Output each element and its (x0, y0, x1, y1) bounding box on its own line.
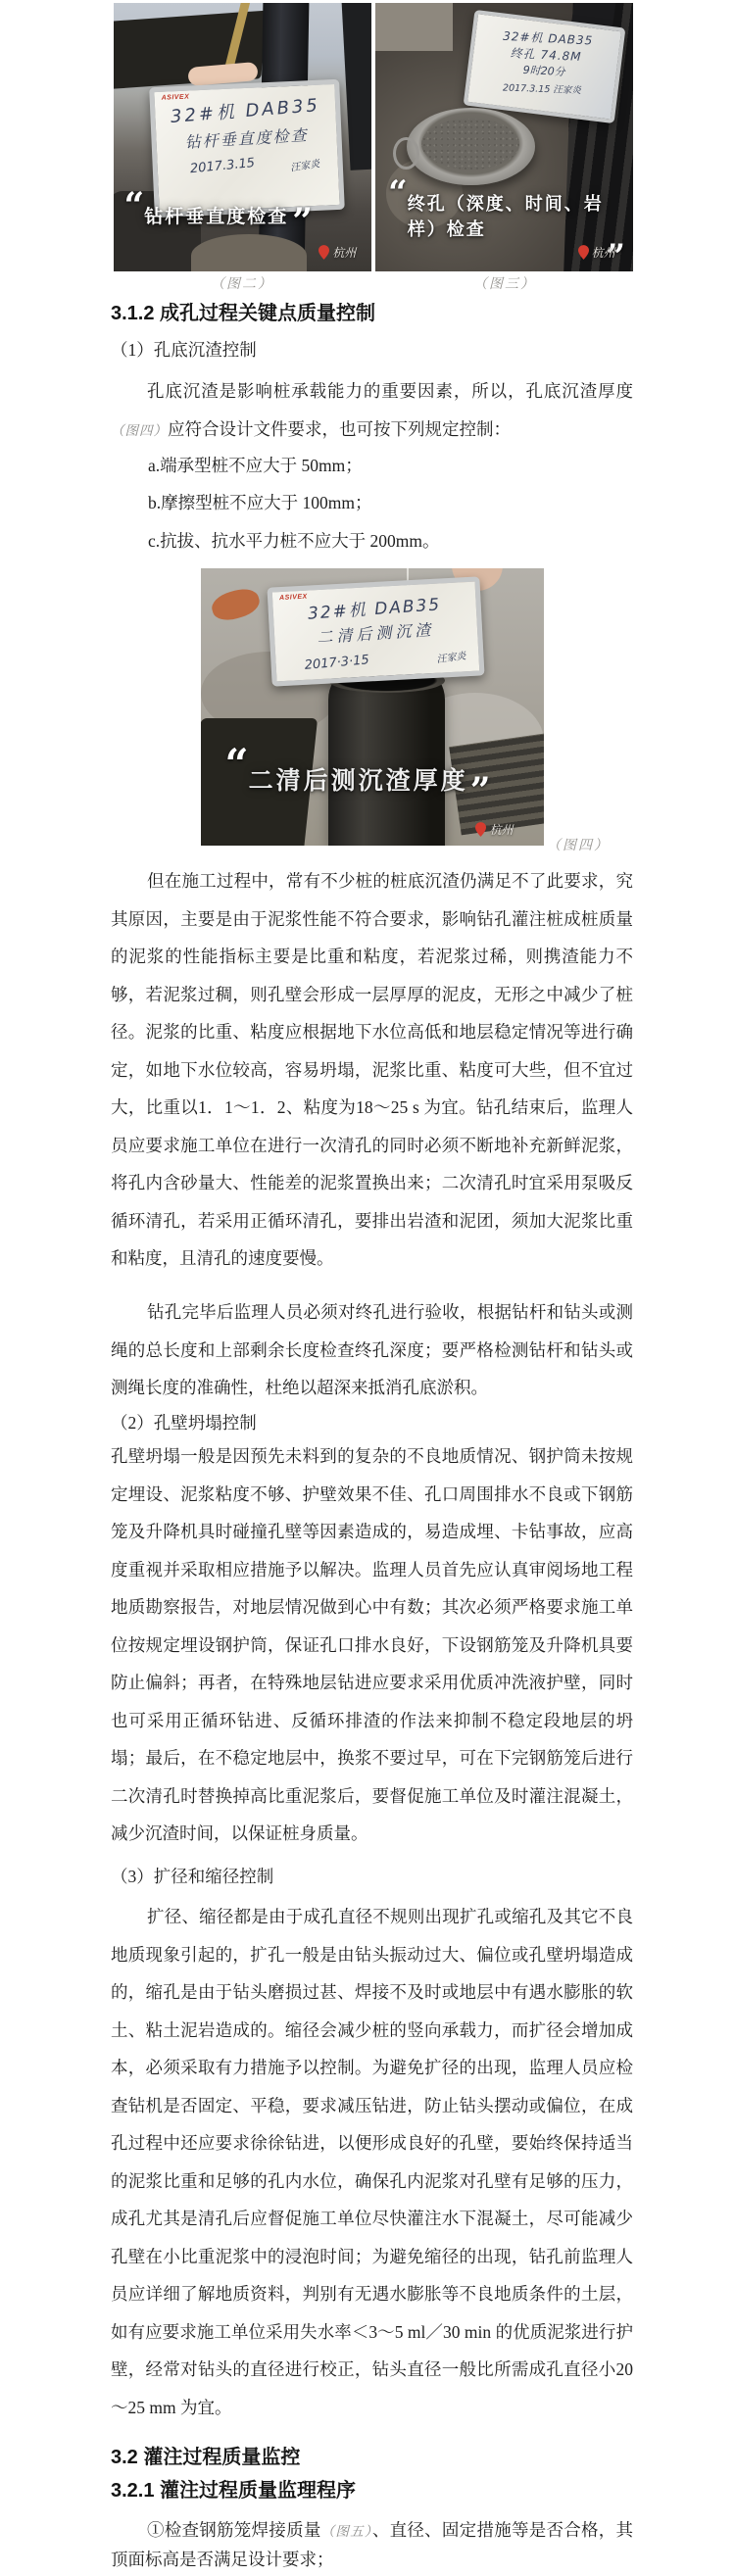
text-segment: 应符合设计文件要求，也可按下列规定控制： (168, 419, 511, 439)
subsection-heading-1: （1）孔底沉渣控制 (111, 331, 633, 369)
section-heading-3-1-2: 3.1.2 成孔过程关键点质量控制 (111, 295, 633, 333)
body-paragraph-3: 孔壁坍塌一般是因预先未料到的复杂的不良地质情况、钢护筒未按规定埋设、泥浆粘度不够… (111, 1437, 633, 1853)
list-item-c: c.抗拔、抗水平力桩不应大于 200mm。 (148, 522, 633, 560)
subsection-heading-2: （2）孔壁坍塌控制 (111, 1404, 633, 1442)
mud-heap-shape (191, 234, 307, 271)
figure-3-whiteboard: 32#机 DAB35 终孔 74.8M 9时20分 2017.3.15 汪家炎 (463, 10, 625, 124)
gravel-sample-shape (421, 119, 519, 170)
list-item-b: b.摩擦型桩不应大于 100mm； (148, 484, 633, 522)
watermark-text: 杭州 (592, 244, 615, 261)
orange-glove-shape (209, 584, 263, 624)
document-page: ASIVEX 32#机 DAB35 钻杆垂直度检查 2017.3.15 汪家炎 … (0, 0, 735, 2576)
photo-row: ASIVEX 32#机 DAB35 钻杆垂直度检查 2017.3.15 汪家炎 … (114, 3, 633, 271)
close-quote-mark: ” (470, 781, 491, 802)
figure-4-whiteboard: ASIVEX 32#机 DAB35 二清后测沉渣 2017·3·15 汪家炎 (268, 577, 484, 687)
watermark-hangzhou: 杭州 (578, 244, 615, 261)
overlay-caption-text: 终孔（深度、时间、岩样）检查 (408, 191, 607, 242)
location-pin-icon (475, 822, 486, 837)
photo-overlay-caption: “ 钻杆垂直度检查 ” (124, 196, 367, 228)
overlay-caption-text: 钻杆垂直度检查 (144, 202, 288, 228)
body-paragraph-5: ①检查钢筋笼焊接质量（图五）、直径、固定措施等是否合格，其顶面标高是否满足设计要… (111, 2516, 633, 2574)
section-heading-3-2: 3.2 灌注过程质量监控 (111, 2439, 633, 2477)
body-paragraph-intro: 孔底沉渣是影响桩承载能力的重要因素，所以，孔底沉渣厚度（图四）应符合设计文件要求… (111, 372, 633, 450)
location-pin-icon (578, 245, 589, 260)
overlay-caption-text: 二清后测沉渣厚度 (249, 761, 468, 797)
watermark-text: 杭州 (332, 244, 356, 261)
open-quote-mark: “ (124, 196, 145, 218)
body-paragraph-1: 但在施工过程中，常有不少桩的桩底沉渣仍满足不了此要求，究其原因，主要是由于泥浆性… (111, 862, 633, 1278)
text-segment: ①检查钢筋笼焊接质量 (147, 2520, 321, 2540)
whiteboard-line: 2017.3.15 汪家炎 (469, 79, 614, 98)
location-pin-icon (318, 245, 329, 260)
watermark-text: 杭州 (489, 821, 513, 838)
body-paragraph-2: 钻孔完毕后监理人员必须对终孔进行验收，根据钻杆和钻头或测绳的总长度和上部剩余长度… (111, 1293, 633, 1407)
figure-2-photo: ASIVEX 32#机 DAB35 钻杆垂直度检查 2017.3.15 汪家炎 … (114, 3, 371, 271)
photo-overlay-caption: “ 终孔（深度、时间、岩样）检查 ” (388, 183, 625, 242)
figure-reference: （图四） (111, 423, 168, 438)
section-heading-3-2-1: 3.2.1 灌注过程质量监理程序 (111, 2472, 633, 2510)
close-quote-mark: ” (292, 212, 313, 233)
figure-3-photo: 32#机 DAB35 终孔 74.8M 9时20分 2017.3.15 汪家炎 … (375, 3, 633, 271)
figure-4-caption: （图四） (547, 835, 610, 854)
watermark-hangzhou: 杭州 (318, 244, 356, 261)
open-quote-mark: “ (388, 183, 408, 203)
open-quote-mark: “ (225, 752, 249, 776)
body-paragraph-4: 扩径、缩径都是由于成孔直径不规则出现扩孔或缩孔及其它不良地质现象引起的，扩孔一般… (111, 1898, 633, 2426)
list-item-a: a.端承型桩不应大于 50mm； (148, 447, 633, 485)
dark-pillar-shape (341, 3, 371, 170)
watermark-hangzhou: 杭州 (475, 821, 513, 838)
figure-4-photo: ASIVEX 32#机 DAB35 二清后测沉渣 2017·3·15 汪家炎 “… (201, 568, 544, 846)
subsection-heading-3: （3）扩径和缩径控制 (111, 1858, 633, 1896)
figure-2-caption: （图二） (114, 273, 370, 293)
light-patch-shape (375, 3, 453, 51)
figure-3-caption: （图三） (376, 273, 633, 293)
figure-reference: （图五） (321, 2524, 372, 2539)
photo-overlay-caption: “ 二清后测沉渣厚度 ” (225, 752, 534, 797)
text-segment: 孔底沉渣是影响桩承载能力的重要因素，所以，孔底沉渣厚度 (147, 381, 633, 401)
